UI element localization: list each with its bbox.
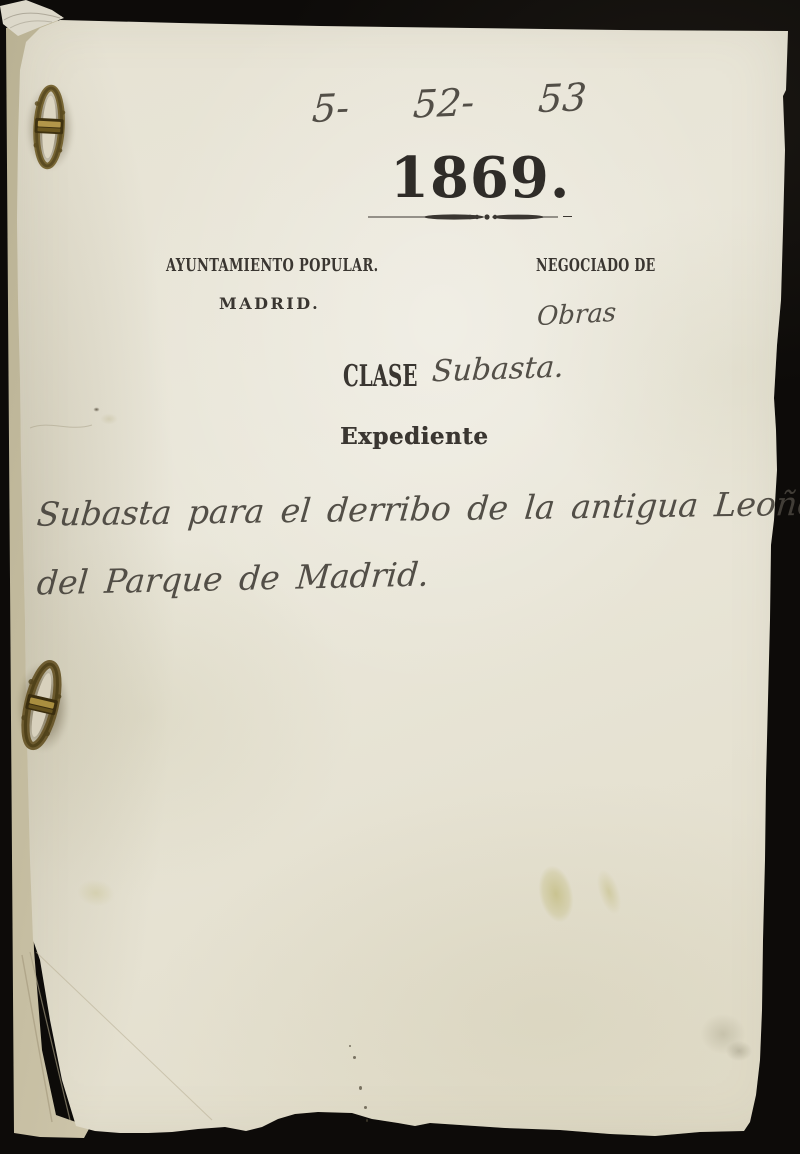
scanner-background: 5- 52- 53 1869. AYUNTAMIENTO POPULAR. MA… — [0, 0, 800, 1154]
ink-dot — [349, 1045, 351, 1047]
title-line-2: del Parque de Madrid. — [36, 558, 431, 600]
ink-dot — [353, 1056, 356, 1059]
ink-dot — [366, 259, 369, 262]
clase-label: CLASE — [343, 362, 417, 392]
title-line-1: Subasta para el derribo de la antigua Le… — [36, 486, 800, 530]
clase-value-handwritten: Subasta. — [431, 353, 565, 388]
ink-dot — [364, 1106, 367, 1109]
expediente-label: Expediente — [340, 425, 488, 448]
year-heading: 1869. — [390, 150, 550, 206]
organization-city: MADRID. — [219, 296, 320, 312]
file-numbers-handwritten: 5- 52- 53 — [311, 78, 588, 128]
negociado-label: NEGOCIADO DE — [536, 257, 656, 275]
paper-fastener-top-icon — [28, 81, 71, 177]
ink-dot — [366, 1119, 368, 1122]
organization-name: AYUNTAMIENTO POPULAR. — [166, 257, 378, 275]
negociado-value-handwritten: Obras — [536, 300, 616, 330]
ink-dot — [359, 1086, 362, 1090]
